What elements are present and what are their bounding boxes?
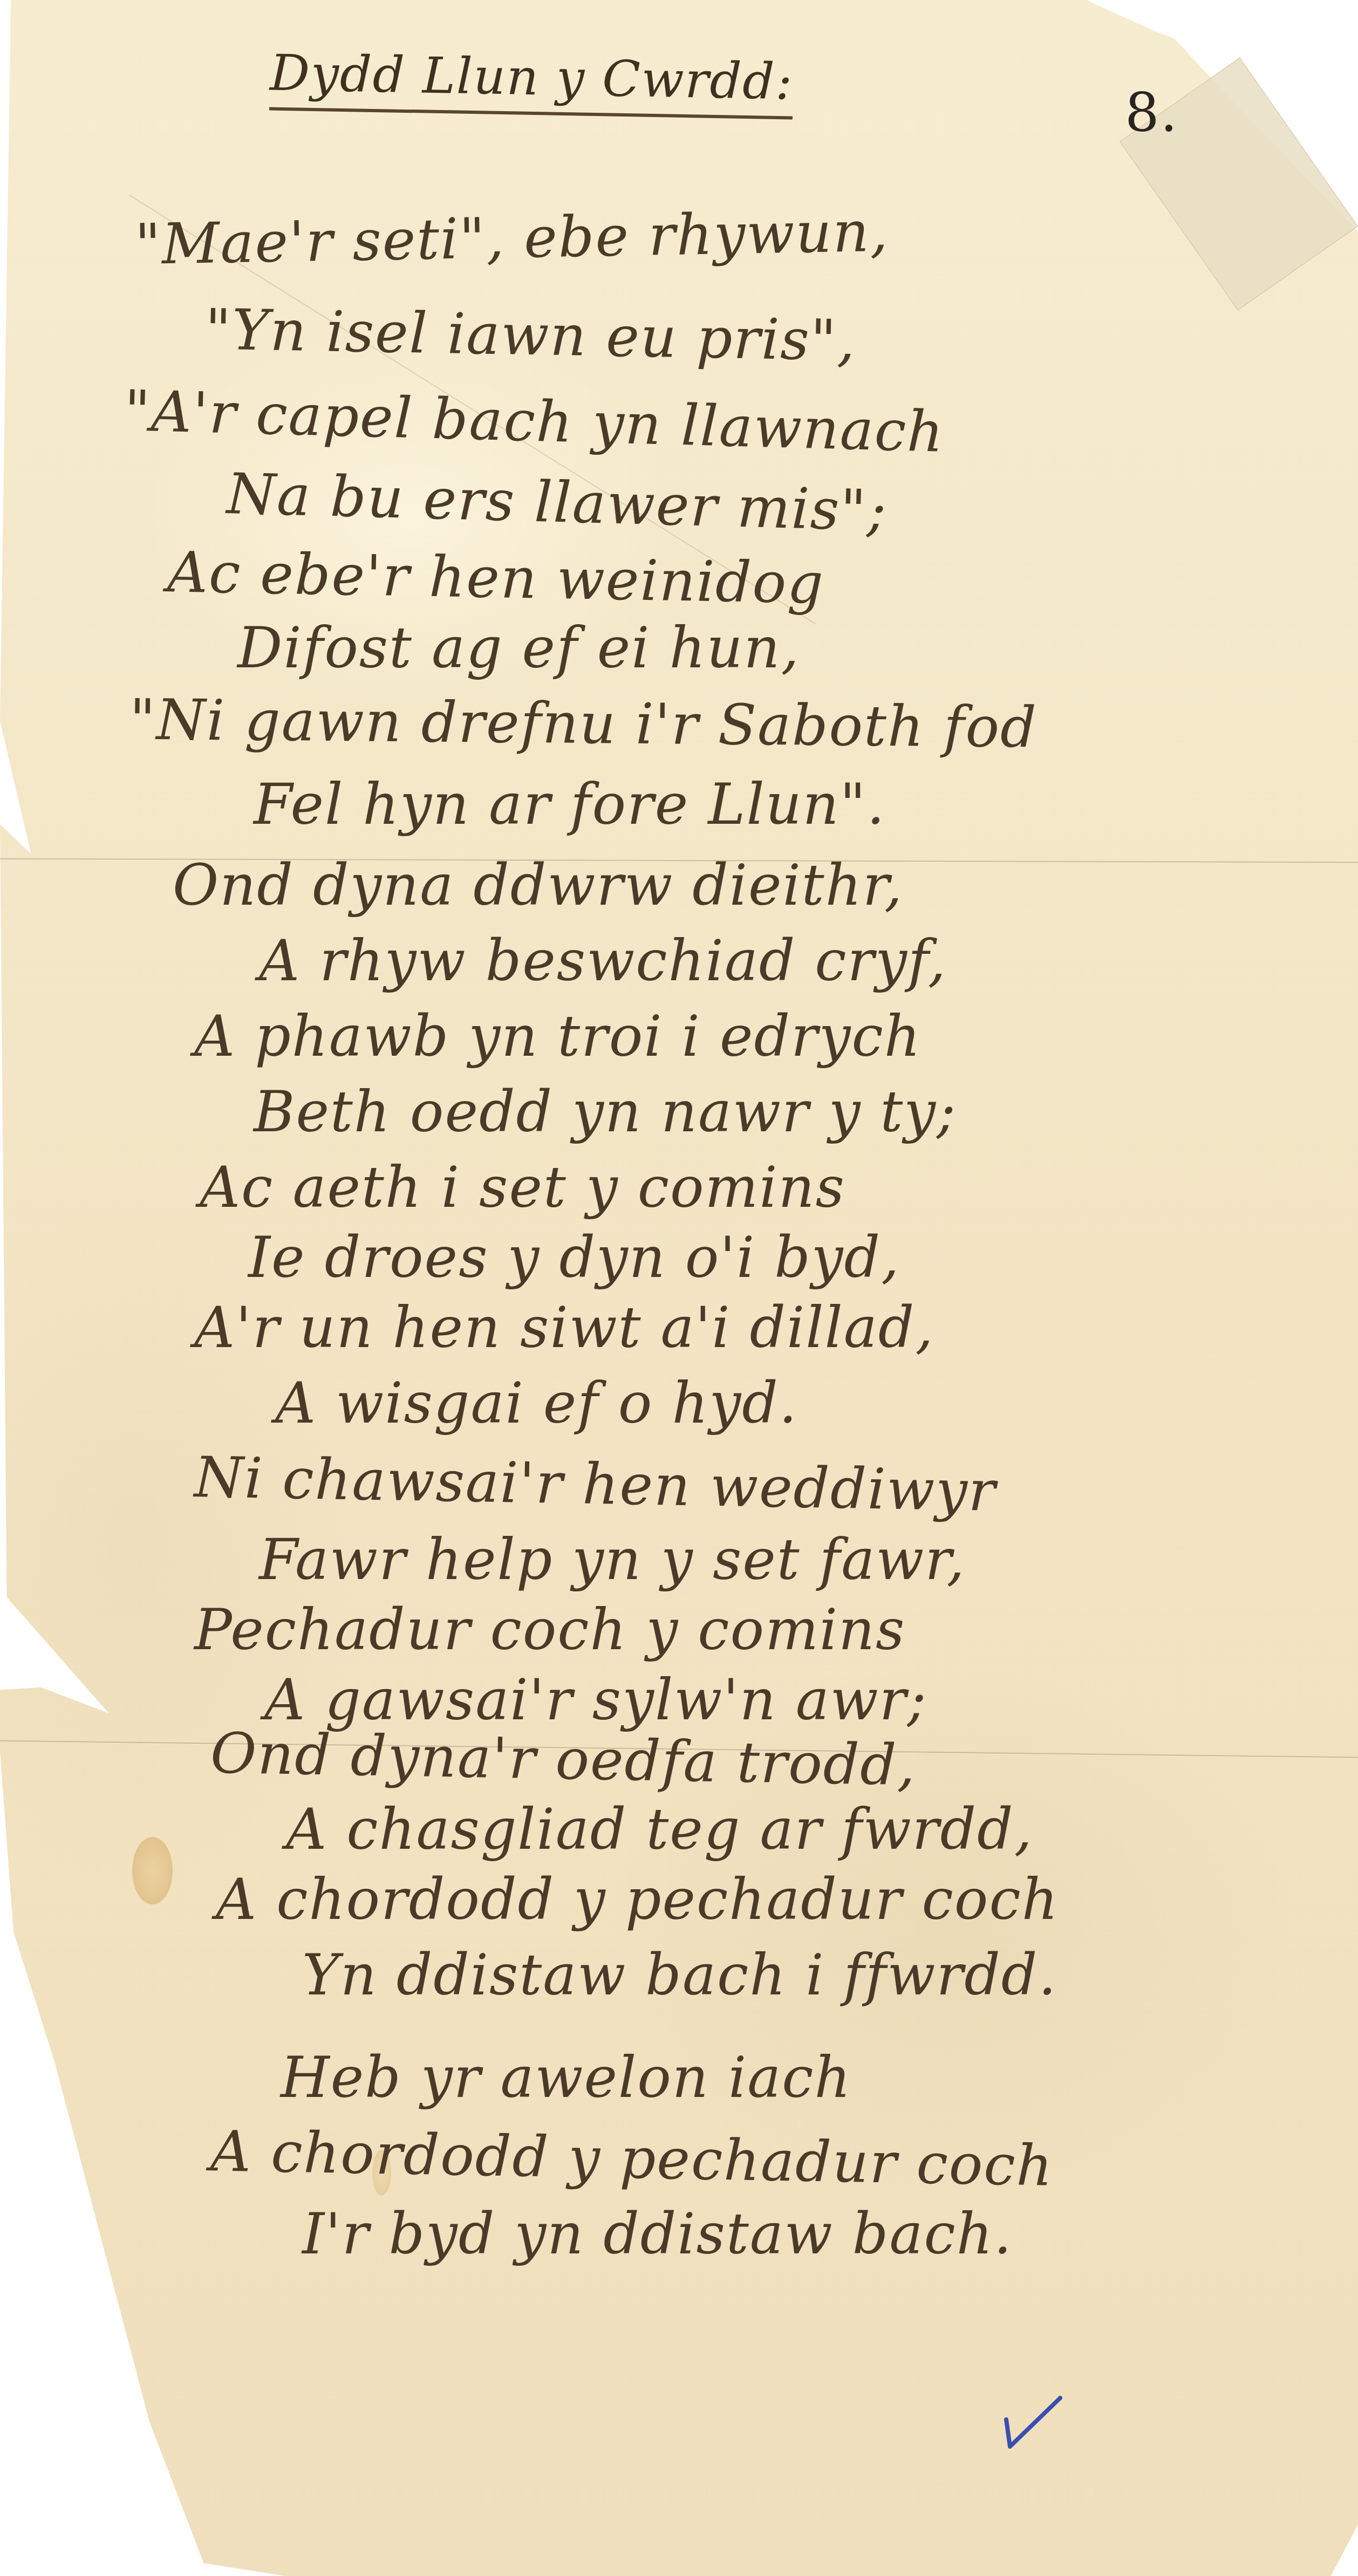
poem-line: Ond dyna'r oedfa trodd, — [210, 1720, 917, 1799]
poem-line: Ac aeth i set y comins — [200, 1154, 845, 1220]
poem-line: "Yn isel iawn eu pris", — [204, 296, 857, 373]
poem-line: Fawr help yn y set fawr, — [259, 1527, 966, 1593]
poem-line: Beth oedd yn nawr y ty; — [254, 1079, 957, 1145]
poem-line: A chordodd y pechadur coch — [216, 1867, 1059, 1932]
poem-title: Dydd Llun y Cwrdd: — [269, 44, 794, 120]
checkmark-icon — [1004, 2395, 1063, 2449]
poem-line: Fel hyn ar fore Llun". — [254, 771, 886, 837]
poem-line: A wisgai ef o hyd. — [275, 1370, 798, 1436]
page-number: 8. — [1125, 81, 1178, 144]
poem-line: Ie droes y dyn o'i byd, — [248, 1225, 900, 1290]
poem-line: "Ni gawn drefnu i'r Saboth fod — [129, 687, 1038, 761]
poem-line: Ni chawsai'r hen weddiwyr — [194, 1444, 997, 1524]
poem-line: Heb yr awelon iach — [281, 2045, 851, 2110]
poem-line: A rhyw beswchiad cryf, — [259, 928, 947, 994]
poem-line: Ac ebe'r hen weinidog — [167, 539, 825, 616]
stain-spot — [132, 1837, 173, 1904]
poem-line: Difost ag ef ei hun, — [237, 615, 800, 681]
poem-line: I'r byd yn ddistaw bach. — [302, 2201, 1013, 2267]
poem-line: Yn ddistaw bach i ffwrdd. — [302, 1942, 1057, 2008]
poem-line: A'r un hen siwt a'i dillad, — [194, 1295, 934, 1361]
poem-line: Pechadur coch y comins — [194, 1597, 905, 1663]
poem-line: Ond dyna ddwrw dieithr, — [173, 852, 903, 918]
poem-line: A phawb yn troi i edrych — [194, 1003, 922, 1069]
poem-line: A chasgliad teg ar fwrdd, — [286, 1796, 1033, 1862]
poem-line: "Mae'r seti", ebe rhywun, — [134, 199, 889, 277]
